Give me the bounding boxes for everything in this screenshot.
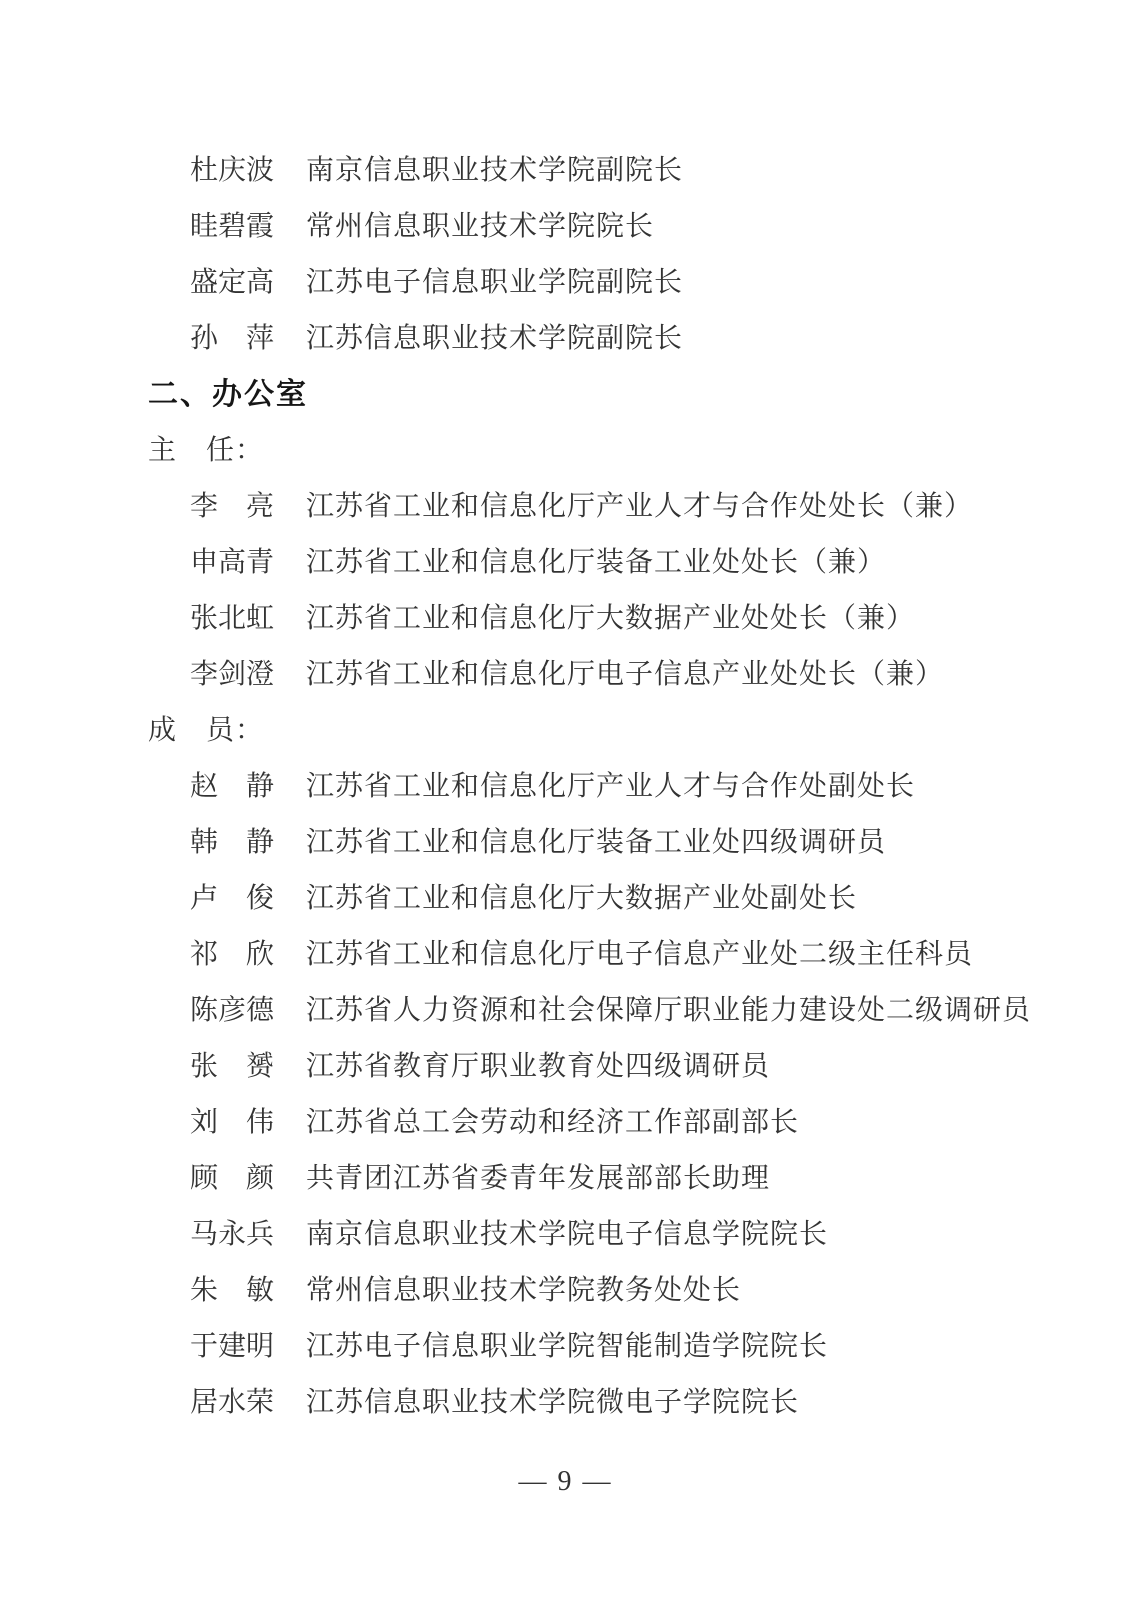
- member-row: 居水荣 江苏信息职业技术学院微电子学院院长: [0, 1375, 1131, 1431]
- member-name: 顾 颜: [190, 1151, 278, 1207]
- member-name: 杜庆波: [190, 143, 278, 199]
- member-row: 祁 欣 江苏省工业和信息化厅电子信息产业处二级主任科员: [0, 927, 1131, 983]
- member-name: 李剑澄: [190, 647, 278, 703]
- member-title: 江苏省工业和信息化厅产业人才与合作处处长（兼）: [306, 479, 973, 535]
- member-name: 孙 萍: [190, 311, 278, 367]
- member-row: 赵 静 江苏省工业和信息化厅产业人才与合作处副处长: [0, 759, 1131, 815]
- member-title: 江苏电子信息职业学院副院长: [306, 255, 683, 311]
- member-title: 江苏省工业和信息化厅电子信息产业处处长（兼）: [306, 647, 944, 703]
- member-name: 卢 俊: [190, 871, 278, 927]
- member-title: 常州信息职业技术学院教务处处长: [306, 1263, 741, 1319]
- member-row: 张北虹 江苏省工业和信息化厅大数据产业处处长（兼）: [0, 591, 1131, 647]
- member-name: 张 赟: [190, 1039, 278, 1095]
- director-group: 主 任： 李 亮 江苏省工业和信息化厅产业人才与合作处处长（兼） 申高青 江苏省…: [0, 423, 1131, 703]
- role-label-staff: 成 员：: [0, 703, 1131, 759]
- member-title: 江苏信息职业技术学院微电子学院院长: [306, 1375, 799, 1431]
- member-row: 刘 伟 江苏省总工会劳动和经济工作部副部长: [0, 1095, 1131, 1151]
- member-name: 朱 敏: [190, 1263, 278, 1319]
- member-title: 南京信息职业技术学院电子信息学院院长: [306, 1207, 828, 1263]
- member-row: 孙 萍 江苏信息职业技术学院副院长: [0, 311, 1131, 367]
- member-row: 朱 敏 常州信息职业技术学院教务处处长: [0, 1263, 1131, 1319]
- member-row: 韩 静 江苏省工业和信息化厅装备工业处四级调研员: [0, 815, 1131, 871]
- section-heading: 二、办公室: [0, 367, 1131, 423]
- member-name: 张北虹: [190, 591, 278, 647]
- member-title: 江苏省工业和信息化厅大数据产业处副处长: [306, 871, 857, 927]
- member-name: 申高青: [190, 535, 278, 591]
- staff-member-list: 赵 静 江苏省工业和信息化厅产业人才与合作处副处长 韩 静 江苏省工业和信息化厅…: [0, 759, 1131, 1431]
- document-body: 杜庆波 南京信息职业技术学院副院长 眭碧霞 常州信息职业技术学院院长 盛定高 江…: [0, 143, 1131, 1431]
- continuation-list: 杜庆波 南京信息职业技术学院副院长 眭碧霞 常州信息职业技术学院院长 盛定高 江…: [0, 143, 1131, 367]
- member-row: 卢 俊 江苏省工业和信息化厅大数据产业处副处长: [0, 871, 1131, 927]
- role-label-director: 主 任：: [0, 423, 1131, 479]
- member-name: 马永兵: [190, 1207, 278, 1263]
- member-title: 江苏省教育厅职业教育处四级调研员: [306, 1039, 770, 1095]
- member-name: 眭碧霞: [190, 199, 278, 255]
- member-name: 刘 伟: [190, 1095, 278, 1151]
- member-title: 江苏省人力资源和社会保障厅职业能力建设处二级调研员: [306, 983, 1031, 1039]
- staff-group: 成 员： 赵 静 江苏省工业和信息化厅产业人才与合作处副处长 韩 静 江苏省工业…: [0, 703, 1131, 1431]
- member-row: 盛定高 江苏电子信息职业学院副院长: [0, 255, 1131, 311]
- member-title: 江苏电子信息职业学院智能制造学院院长: [306, 1319, 828, 1375]
- member-title: 共青团江苏省委青年发展部部长助理: [306, 1151, 770, 1207]
- member-title: 南京信息职业技术学院副院长: [306, 143, 683, 199]
- member-title: 江苏省总工会劳动和经济工作部副部长: [306, 1095, 799, 1151]
- member-name: 于建明: [190, 1319, 278, 1375]
- member-row: 李 亮 江苏省工业和信息化厅产业人才与合作处处长（兼）: [0, 479, 1131, 535]
- member-title: 常州信息职业技术学院院长: [306, 199, 654, 255]
- member-title: 江苏省工业和信息化厅产业人才与合作处副处长: [306, 759, 915, 815]
- member-row: 张 赟 江苏省教育厅职业教育处四级调研员: [0, 1039, 1131, 1095]
- member-row: 眭碧霞 常州信息职业技术学院院长: [0, 199, 1131, 255]
- director-member-list: 李 亮 江苏省工业和信息化厅产业人才与合作处处长（兼） 申高青 江苏省工业和信息…: [0, 479, 1131, 703]
- member-title: 江苏省工业和信息化厅大数据产业处处长（兼）: [306, 591, 915, 647]
- member-name: 韩 静: [190, 815, 278, 871]
- member-row: 李剑澄 江苏省工业和信息化厅电子信息产业处处长（兼）: [0, 647, 1131, 703]
- document-page: 杜庆波 南京信息职业技术学院副院长 眭碧霞 常州信息职业技术学院院长 盛定高 江…: [0, 0, 1131, 1600]
- member-name: 陈彦德: [190, 983, 278, 1039]
- member-title: 江苏省工业和信息化厅装备工业处处长（兼）: [306, 535, 886, 591]
- member-name: 李 亮: [190, 479, 278, 535]
- member-title: 江苏省工业和信息化厅电子信息产业处二级主任科员: [306, 927, 973, 983]
- member-row: 马永兵 南京信息职业技术学院电子信息学院院长: [0, 1207, 1131, 1263]
- member-row: 申高青 江苏省工业和信息化厅装备工业处处长（兼）: [0, 535, 1131, 591]
- member-title: 江苏省工业和信息化厅装备工业处四级调研员: [306, 815, 886, 871]
- member-row: 陈彦德 江苏省人力资源和社会保障厅职业能力建设处二级调研员: [0, 983, 1131, 1039]
- member-row: 于建明 江苏电子信息职业学院智能制造学院院长: [0, 1319, 1131, 1375]
- member-row: 顾 颜 共青团江苏省委青年发展部部长助理: [0, 1151, 1131, 1207]
- page-number: — 9 —: [0, 1462, 1131, 1502]
- member-name: 赵 静: [190, 759, 278, 815]
- member-name: 盛定高: [190, 255, 278, 311]
- member-name: 祁 欣: [190, 927, 278, 983]
- member-name: 居水荣: [190, 1375, 278, 1431]
- member-row: 杜庆波 南京信息职业技术学院副院长: [0, 143, 1131, 199]
- member-title: 江苏信息职业技术学院副院长: [306, 311, 683, 367]
